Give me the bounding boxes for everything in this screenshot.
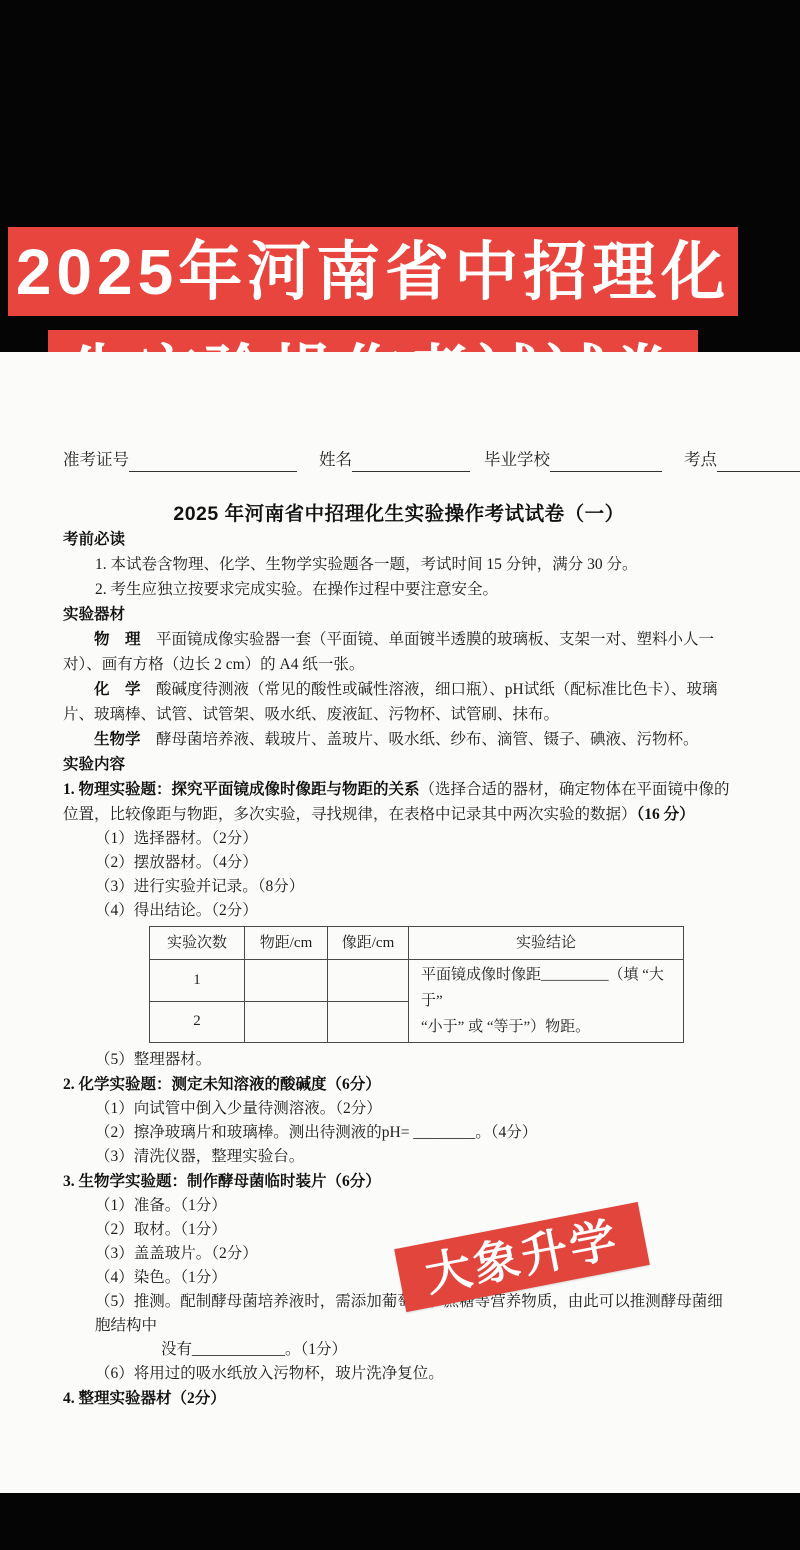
q3-title: 3. 生物学实验题：制作酵母菌临时装片（6分） — [63, 1169, 735, 1194]
equipment-biology-label: 生物学 — [94, 731, 141, 748]
q2-steps: （1）向试管中倒入少量待测溶液。（2分） （2）擦净玻璃片和玻璃棒。测出待测液的… — [95, 1097, 735, 1169]
equipment-heading: 实验器材 — [63, 602, 735, 627]
q2-title: 2. 化学实验题：测定未知溶液的酸碱度（6分） — [63, 1072, 735, 1097]
table-header-row: 实验次数 物距/cm 像距/cm 实验结论 — [150, 927, 684, 960]
trial-2-object-distance-cell — [245, 1001, 328, 1043]
q1-steps: （1）选择器材。（2分） （2）摆放器材。（4分） （3）进行实验并记录。（8分… — [95, 827, 735, 923]
q1-step-4: （4）得出结论。（2分） — [95, 899, 735, 923]
trial-1-label: 1 — [150, 960, 245, 1002]
field-exam-number-label: 准考证号 — [63, 447, 129, 472]
equipment-chemistry-text: 酸碱度待测液（常见的酸性或碱性溶液，细口瓶）、pH试纸（配标准比色卡）、玻璃片、… — [63, 681, 717, 723]
field-school-blank — [550, 452, 662, 472]
col-header-object-distance: 物距/cm — [245, 927, 328, 960]
conclusion-line-2: “小于” 或 “等于”）物距。 — [421, 1014, 671, 1040]
q2-step-1: （1）向试管中倒入少量待测溶液。（2分） — [95, 1097, 735, 1121]
q1-step-5: （5）整理器材。 — [95, 1048, 735, 1072]
equipment-chemistry-label: 化 学 — [94, 681, 141, 698]
q3-step-5-continuation: 没有____________。（1分） — [161, 1338, 735, 1362]
candidate-info-row: 准考证号 姓名 毕业学校 考点 — [63, 448, 735, 472]
equipment-physics-label: 物 理 — [94, 631, 141, 648]
q1-step-3: （3）进行实验并记录。（8分） — [95, 875, 735, 899]
equipment-biology-text: 酵母菌培养液、载玻片、盖玻片、吸水纸、纱布、滴管、镊子、碘液、污物杯。 — [141, 731, 699, 748]
q1-title-bold: 1. 物理实验题：探究平面镜成像时像距与物距的关系 — [63, 781, 420, 798]
q4-title: 4. 整理实验器材（2分） — [63, 1386, 735, 1411]
field-name-blank — [352, 452, 470, 472]
col-header-trial: 实验次数 — [150, 927, 245, 960]
field-name-label: 姓名 — [319, 447, 352, 472]
conclusion-cell: 平面镜成像时像距_________（填 “大于” “小于” 或 “等于”）物距。 — [409, 960, 684, 1043]
field-exam-number-blank — [129, 452, 297, 472]
title-banner-line1: 2025年河南省中招理化 — [8, 227, 738, 316]
field-exam-number: 准考证号 — [63, 447, 297, 472]
equipment-physics: 物 理 平面镜成像实验器一套（平面镜、单面镀半透膜的玻璃板、支架一对、塑料小人一… — [63, 627, 735, 677]
q2-step-3: （3）清洗仪器，整理实验台。 — [95, 1145, 735, 1169]
col-header-image-distance: 像距/cm — [328, 927, 409, 960]
pre-read-item-1: 1. 本试卷含物理、化学、生物学实验题各一题，考试时间 15 分钟，满分 30 … — [95, 552, 735, 577]
pre-read-item-2: 2. 考生应独立按要求完成实验。在操作过程中要注意安全。 — [95, 577, 735, 602]
field-site: 考点 — [684, 447, 800, 472]
q1-title-score: （16 分） — [637, 806, 695, 823]
trial-2-image-distance-cell — [328, 1001, 409, 1043]
conclusion-line-1: 平面镜成像时像距_________（填 “大于” — [421, 962, 671, 1014]
q1-data-table-wrap: 实验次数 物距/cm 像距/cm 实验结论 1 平面镜成像时像距________… — [149, 926, 653, 1043]
exam-paper-page: 准考证号 姓名 毕业学校 考点 2025 年河南省中招理化生实验操作考试试卷（一… — [0, 352, 800, 1493]
equipment-chemistry: 化 学 酸碱度待测液（常见的酸性或碱性溶液，细口瓶）、pH试纸（配标准比色卡）、… — [63, 677, 735, 727]
q1-step-2: （2）摆放器材。（4分） — [95, 851, 735, 875]
content-heading: 实验内容 — [63, 752, 735, 777]
trial-2-label: 2 — [150, 1001, 245, 1043]
field-site-label: 考点 — [684, 447, 717, 472]
q1-step-1: （1）选择器材。（2分） — [95, 827, 735, 851]
field-site-blank — [717, 452, 800, 472]
q2-step-2: （2）擦净玻璃片和玻璃棒。测出待测液的pH= ________。（4分） — [95, 1121, 735, 1145]
q1-title: 1. 物理实验题：探究平面镜成像时像距与物距的关系（选择合适的器材，确定物体在平… — [63, 777, 735, 827]
col-header-conclusion: 实验结论 — [409, 927, 684, 960]
equipment-physics-text: 平面镜成像实验器一套（平面镜、单面镀半透膜的玻璃板、支架一对、塑料小人一对）、画… — [63, 631, 714, 673]
trial-1-image-distance-cell — [328, 960, 409, 1002]
page-title: 2025 年河南省中招理化生实验操作考试试卷（一） — [63, 502, 735, 527]
field-school-label: 毕业学校 — [484, 447, 550, 472]
field-school: 毕业学校 — [484, 447, 666, 472]
field-name: 姓名 — [319, 447, 474, 472]
q3-step-6: （6）将用过的吸水纸放入污物杯，玻片洗净复位。 — [95, 1362, 735, 1386]
trial-1-object-distance-cell — [245, 960, 328, 1002]
q1-data-table: 实验次数 物距/cm 像距/cm 实验结论 1 平面镜成像时像距________… — [149, 926, 684, 1043]
exam-paper-post: { "banner": { "bg_color": "#e8453e", "li… — [0, 0, 800, 1550]
table-row: 1 平面镜成像时像距_________（填 “大于” “小于” 或 “等于”）物… — [150, 960, 684, 1002]
pre-read-heading: 考前必读 — [63, 527, 735, 552]
equipment-biology: 生物学 酵母菌培养液、载玻片、盖玻片、吸水纸、纱布、滴管、镊子、碘液、污物杯。 — [63, 727, 735, 752]
